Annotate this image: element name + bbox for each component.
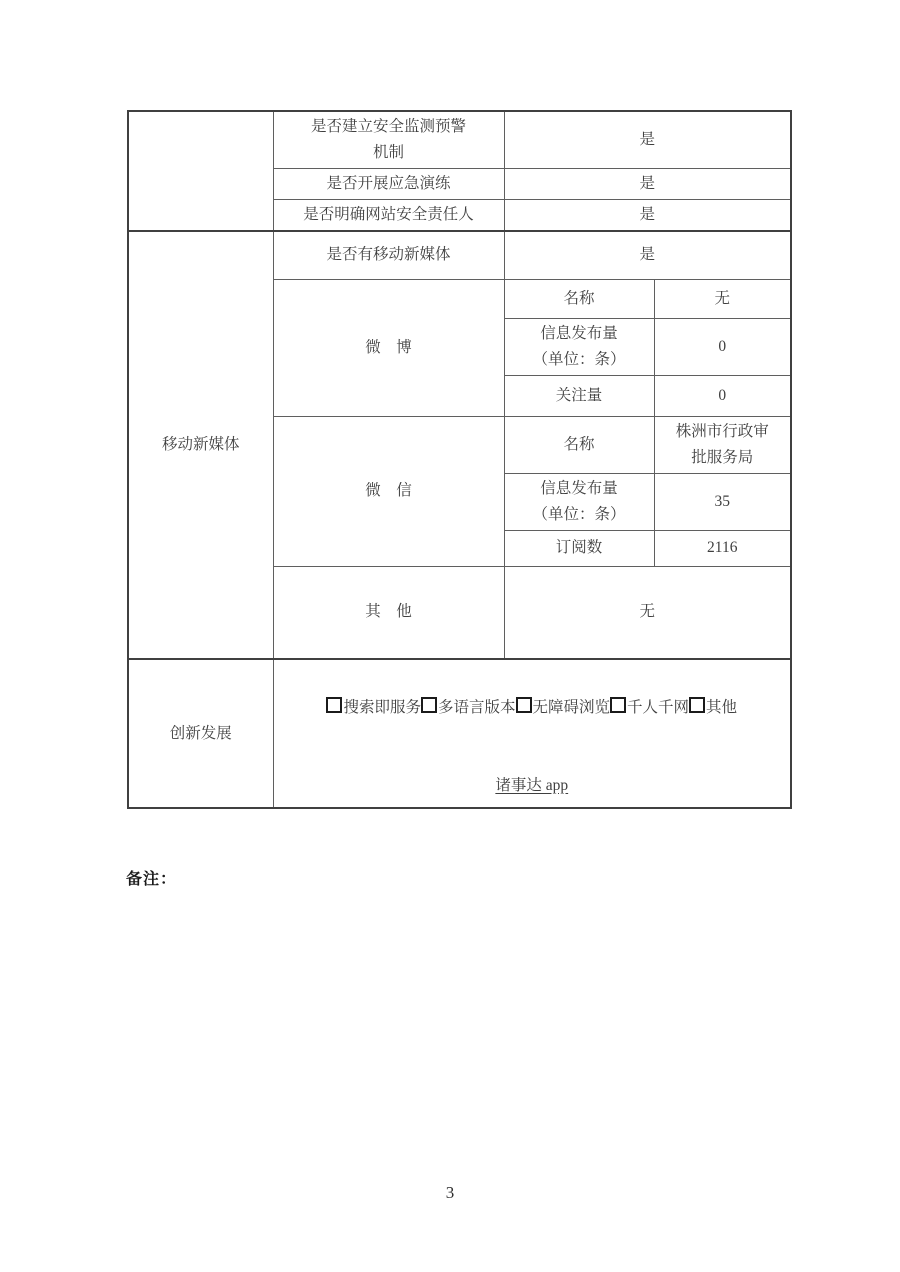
field-label: 名称 [504,416,654,473]
weibo-cell: 微 博 [273,279,504,416]
notes-label: 备注： [126,866,177,889]
annual-report-table: 是否建立安全监测预警 机制 是 是否开展应急演练 是 是否明确网站安全责任人 是… [127,110,792,809]
field-value: 0 [654,375,791,416]
field-label: 信息发布量 （单位：条） [504,318,654,375]
checkbox-icon [326,697,342,713]
category-cell-empty [128,111,273,231]
checkbox-icon [516,697,532,713]
wechat-cell: 微 信 [273,416,504,566]
field-label: 订阅数 [504,530,654,566]
row-label: 是否建立安全监测预警 机制 [273,111,504,169]
category-cell-innovation: 创新发展 [128,659,273,808]
innovation-option: 千人千网 [610,699,689,716]
innovation-option: 搜索即服务 [326,699,421,716]
field-value: 2116 [654,530,791,566]
innovation-options-cell: 搜索即服务多语言版本无障碍浏览千人千网其他 诸事达 app [273,659,791,808]
row-label: 是否明确网站安全责任人 [273,200,504,232]
checkbox-icon [610,697,626,713]
innovation-option-label: 无障碍浏览 [533,699,611,716]
field-label: 关注量 [504,375,654,416]
row-value: 是 [504,169,791,200]
innovation-option: 无障碍浏览 [516,699,611,716]
other-media-value: 无 [504,566,791,659]
checkbox-icon [421,697,437,713]
field-value: 株洲市行政审 批服务局 [654,416,791,473]
field-label: 名称 [504,279,654,318]
row-value: 是 [504,231,791,279]
category-cell-mobile-new-media: 移动新媒体 [128,231,273,659]
field-value: 0 [654,318,791,375]
innovation-option: 多语言版本 [421,699,516,716]
row-label: 是否开展应急演练 [273,169,504,200]
innovation-option-label: 搜索即服务 [343,699,421,716]
innovation-option: 其他 [689,699,737,716]
other-media-cell: 其 他 [273,566,504,659]
innovation-option-label: 多语言版本 [438,699,516,716]
row-label: 是否有移动新媒体 [273,231,504,279]
field-label: 信息发布量 （单位：条） [504,473,654,530]
innovation-option-label: 其他 [706,699,737,716]
field-value: 无 [654,279,791,318]
innovation-option-label: 千人千网 [627,699,689,716]
row-value: 是 [504,111,791,169]
row-value: 是 [504,200,791,232]
document-page: 是否建立安全监测预警 机制 是 是否开展应急演练 是 是否明确网站安全责任人 是… [0,0,900,1272]
field-value: 35 [654,473,791,530]
innovation-other-value: 诸事达 app [495,777,568,794]
page-number: 3 [0,1183,900,1203]
checkbox-icon [689,697,705,713]
